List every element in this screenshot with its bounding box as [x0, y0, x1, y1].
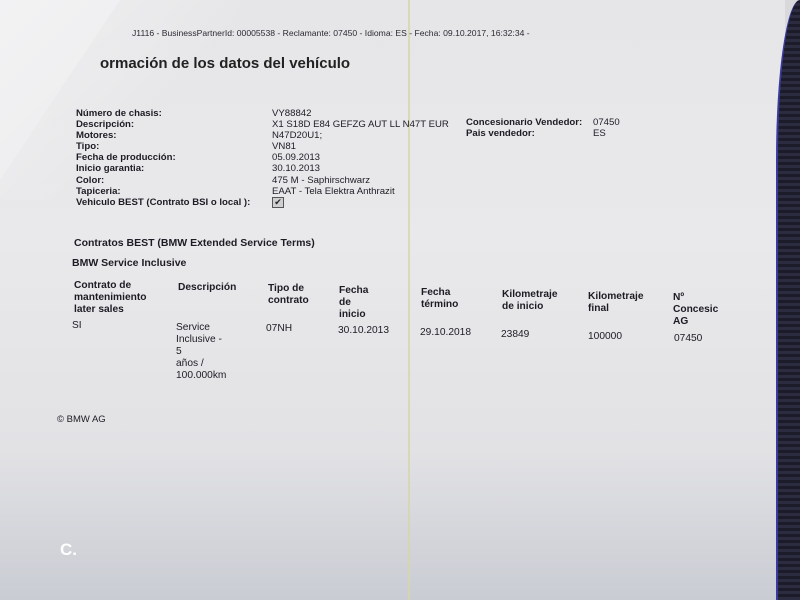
field-seller-country: Pais vendedor:ES [466, 128, 620, 139]
column-header: Fecha de inicio [339, 285, 368, 321]
field-label: Pais vendedor: [466, 128, 593, 139]
field-warranty-start: Inicio garantia:30.10.2013 [76, 163, 449, 174]
column-header: Kilometraje de inicio [502, 289, 557, 313]
watermark-letter: C. [60, 540, 77, 560]
table-cell: 29.10.2018 [420, 327, 471, 339]
page-title: ormación de los datos del vehículo [100, 55, 350, 72]
field-color: Color:475 M - Saphirschwarz [76, 175, 449, 186]
column-header: Kilometraje final [588, 291, 643, 315]
field-chassis-number: Número de chasis:VY88842 [76, 108, 449, 119]
document-meta-line: J1116 - BusinessPartnerId: 00005538 - Re… [132, 28, 530, 38]
copyright-footer: © BMW AG [57, 414, 106, 425]
field-best-vehicle: Vehiculo BEST (Contrato BSI o local ):✔ [76, 197, 449, 208]
seller-info-block: Concesionario Vendedor:07450 Pais vended… [466, 117, 620, 139]
service-inclusive-title: BMW Service Inclusive [72, 257, 186, 269]
vehicle-info-block: Número de chasis:VY88842 Descripción:X1 … [76, 108, 449, 208]
table-cell: SI [72, 320, 82, 332]
column-header: Fecha término [421, 287, 458, 311]
field-engines: Motores:N47D20U1; [76, 130, 449, 141]
field-value: N47D20U1; [272, 130, 322, 141]
field-value: 475 M - Saphirschwarz [272, 175, 370, 186]
field-description: Descripción:X1 S18D E84 GEFZG AUT LL N47… [76, 119, 449, 130]
field-value: X1 S18D E84 GEFZG AUT LL N47T EUR [272, 119, 449, 130]
field-upholstery: Tapiceria:EAAT - Tela Elektra Anthrazit [76, 186, 449, 197]
field-value: 07450 [593, 117, 620, 128]
field-value: 30.10.2013 [272, 163, 320, 174]
paper-crease-line [408, 0, 410, 600]
field-value: EAAT - Tela Elektra Anthrazit [272, 186, 395, 197]
field-value: ES [593, 128, 606, 139]
field-label: Tipo: [76, 141, 272, 152]
column-header: Descripción [178, 282, 236, 294]
field-value: VN81 [272, 141, 296, 152]
binder-edge [776, 0, 800, 600]
field-value: 05.09.2013 [272, 152, 320, 163]
table-cell: 07NH [266, 323, 292, 335]
table-cell: 100000 [588, 331, 622, 343]
table-cell: 30.10.2013 [338, 325, 389, 337]
column-header: Tipo de contrato [268, 283, 309, 307]
field-production-date: Fecha de producción:05.09.2013 [76, 152, 449, 163]
field-value: VY88842 [272, 108, 311, 119]
field-type: Tipo:VN81 [76, 141, 449, 152]
field-seller-dealer: Concesionario Vendedor:07450 [466, 117, 620, 128]
field-label: Fecha de producción: [76, 152, 272, 163]
field-label: Inicio garantia: [76, 163, 272, 174]
contracts-section-title: Contratos BEST (BMW Extended Service Ter… [74, 237, 315, 249]
column-header: Contrato de mantenimiento later sales [74, 280, 146, 316]
field-label: Concesionario Vendedor: [466, 117, 593, 128]
field-label: Color: [76, 175, 272, 186]
table-cell: 07450 [674, 333, 702, 345]
field-label: Tapiceria: [76, 186, 272, 197]
best-checkbox: ✔ [272, 197, 284, 208]
field-label: Número de chasis: [76, 108, 272, 119]
column-header: Nº Concesic AG [673, 292, 718, 328]
field-label: Vehiculo BEST (Contrato BSI o local ): [76, 197, 272, 208]
table-cell: 23849 [501, 329, 529, 341]
field-label: Descripción: [76, 119, 272, 130]
field-label: Motores: [76, 130, 272, 141]
printed-document-page: J1116 - BusinessPartnerId: 00005538 - Re… [0, 0, 785, 600]
table-cell: Service Inclusive - 5 años / 100.000km [176, 322, 226, 382]
